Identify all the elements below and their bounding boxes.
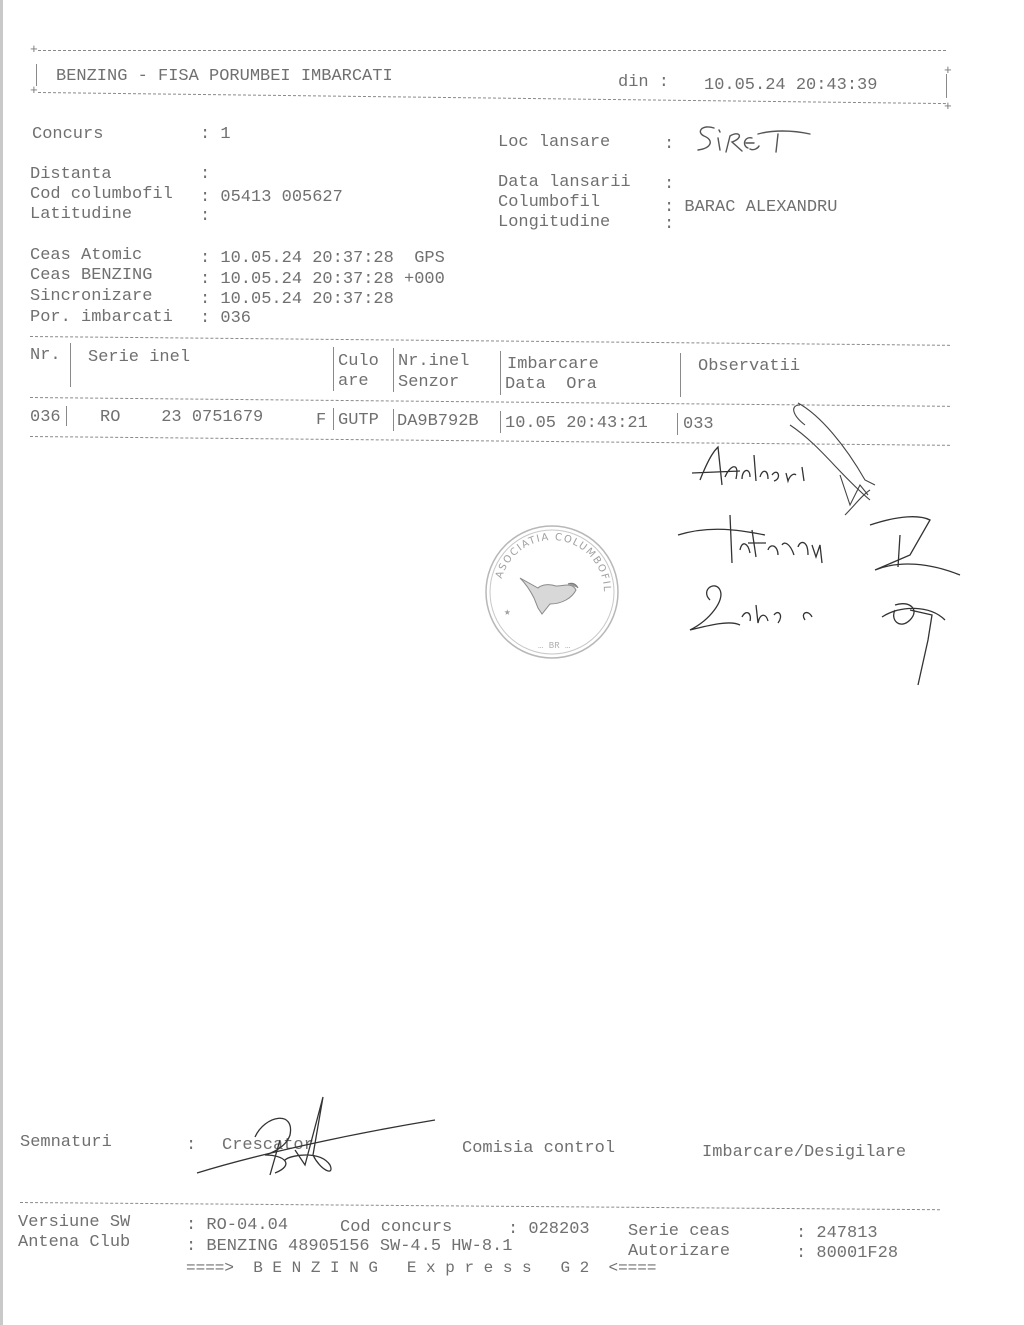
corner-mark: + (944, 100, 952, 113)
columbofil-label: Columbofil (498, 193, 651, 213)
committee-signatures (670, 395, 970, 695)
col-divider (680, 353, 681, 397)
header-serie-inel: Serie inel (88, 348, 190, 368)
col-divider (393, 409, 394, 431)
cell-serie-inel: RO 23 0751679 (100, 408, 263, 428)
data-lansarii-label: Data lansarii (498, 173, 641, 193)
print-datetime: 10.05.24 20:43:39 (704, 76, 877, 96)
cell-imbarcare: 10.05 20:43:21 (505, 414, 648, 434)
cell-nr: 036 (30, 408, 61, 428)
corner-mark: + (30, 43, 38, 56)
loc-lansare-label: Loc lansare (498, 133, 651, 153)
stamp-star-icon: ★ (504, 607, 511, 619)
benzing-express-banner: ====> B E N Z I N G E x p r e s s G 2 <=… (186, 1258, 656, 1278)
cell-culoare: GUTP (338, 411, 379, 431)
header-senzor: Senzor (398, 373, 459, 393)
versiune-sw-label: Versiune SW (18, 1213, 130, 1233)
association-stamp: ASOCIATIA COLUMBOFILA ★ … BR … (480, 520, 625, 665)
header-nr: Nr. (30, 346, 61, 366)
serie-ceas-label: Serie ceas (628, 1222, 730, 1242)
versiune-sw-value: : RO-04.04 (186, 1216, 288, 1236)
stamp-bottom-text: … BR … (538, 641, 570, 651)
longitudine-label: Longitudine (498, 213, 651, 233)
loc-lansare-colon: : (664, 135, 674, 155)
header-culoare-2: are (338, 372, 369, 392)
col-divider (393, 348, 394, 392)
distanta-value: : (200, 165, 210, 185)
stamp-text: ASOCIATIA COLUMBOFILA (480, 520, 612, 593)
ceas-atomic-label: Ceas Atomic (30, 246, 183, 266)
scan-edge (0, 0, 3, 1325)
footer-divider (20, 1202, 940, 1210)
concurs-label: Concurs (32, 125, 185, 145)
distanta-label: Distanta (30, 165, 183, 185)
ceas-benzing-label: Ceas BENZING (30, 266, 183, 286)
col-divider (333, 347, 334, 391)
pigeon-icon (520, 578, 578, 614)
header-nr-inel: Nr.inel (398, 352, 469, 372)
cod-columbofil-value: : 05413 005627 (200, 188, 343, 208)
header-observatii: Observatii (698, 357, 800, 377)
semnaturi-label: Semnaturi (20, 1133, 112, 1153)
cell-sex: F (316, 411, 326, 431)
header-culoare: Culo (338, 352, 379, 372)
col-divider (70, 343, 71, 387)
din-label: din : (618, 73, 669, 93)
col-divider (500, 351, 501, 395)
concurs-value: : 1 (200, 125, 231, 145)
imbarcare-desigilare-label: Imbarcare/Desigilare (702, 1143, 906, 1163)
corner-mark: + (30, 84, 38, 97)
ceas-atomic-value: : 10.05.24 20:37:28 GPS (200, 249, 445, 269)
por-imbarcati-value: : 036 (200, 309, 251, 329)
col-divider (333, 408, 334, 430)
cod-columbofil-label: Cod columbofil (30, 185, 173, 205)
autorizare-value: : 80001F28 (796, 1244, 898, 1264)
col-divider (66, 406, 67, 426)
cell-senzor: DA9B792B (397, 412, 479, 432)
col-divider (500, 411, 501, 433)
table-top-border (30, 336, 950, 346)
document-title: BENZING - FISA PORUMBEI IMBARCATI (56, 67, 393, 87)
cod-concurs-label: Cod concurs (340, 1218, 452, 1238)
divider (38, 50, 946, 51)
latitudine-value: : (200, 207, 210, 227)
antena-club-label: Antena Club (18, 1233, 130, 1253)
breeder-signature (195, 1095, 445, 1180)
latitudine-label: Latitudine (30, 205, 183, 225)
por-imbarcati-label: Por. imbarcati (30, 308, 173, 328)
ceas-benzing-value: : 10.05.24 20:37:28 +000 (200, 270, 445, 290)
comisia-control-label: Comisia control (462, 1139, 615, 1159)
divider (946, 74, 947, 98)
svg-text:ASOCIATIA COLUMBOFILA: ASOCIATIA COLUMBOFILA (480, 520, 612, 593)
columbofil-value: : BARAC ALEXANDRU (664, 198, 837, 218)
cod-concurs-value: : 028203 (508, 1220, 590, 1240)
antena-club-value: : BENZING 48905156 SW-4.5 HW-8.1 (186, 1237, 512, 1257)
handwritten-release-place (692, 118, 817, 160)
header-imbarcare: Imbarcare (507, 355, 599, 375)
longitudine-value: : (664, 215, 674, 235)
header-data-ora: Data Ora (505, 375, 597, 395)
data-lansarii-value: : (664, 175, 674, 195)
sincronizare-label: Sincronizare (30, 287, 183, 307)
serie-ceas-value: : 247813 (796, 1224, 878, 1244)
sincronizare-value: : 10.05.24 20:37:28 (200, 290, 394, 310)
